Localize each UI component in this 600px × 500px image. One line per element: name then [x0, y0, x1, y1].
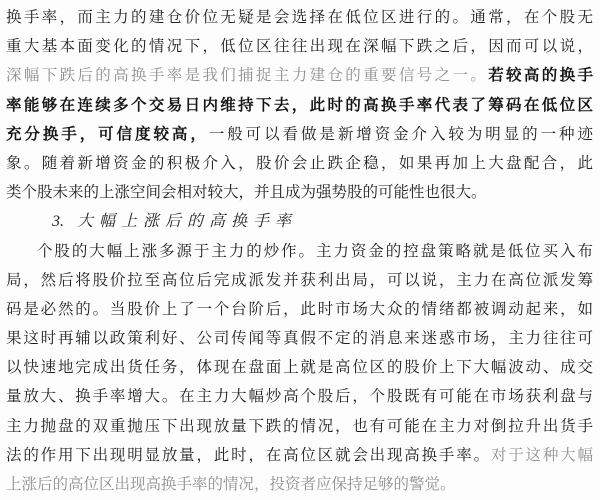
- body-text: 主力抛盘的双重抛压下出现放量下跌的情况，也有可能在主力对倒拉升出货手: [6, 418, 593, 435]
- bold-text: 充分换手，可信度较高，: [6, 126, 209, 143]
- emphasis-gray-text: 上涨后的高位区出现高换手率的情况，投资者应保持足够的警觉。: [6, 476, 456, 493]
- body-text: 局，然后将股价拉至高位后完成派发并获利出局，可以说，主力在高位派发筹: [6, 272, 593, 289]
- text-line: 率能够在连续多个交易日内维持下去，此时的高换手率代表了筹码在低位区: [6, 91, 593, 120]
- text-line: 上涨后的高位区出现高换手率的情况，投资者应保持足够的警觉。: [6, 470, 593, 499]
- text-line: 局，然后将股价拉至高位后完成派发并获利出局，可以说，主力在高位派发筹: [6, 266, 593, 295]
- text-line: 充分换手，可信度较高，一般可以看做是新增资金介入较为明显的一种迹: [6, 120, 593, 149]
- text-line: 类个股未来的上涨空间会相对较大，并且成为强势股的可能性也很大。: [6, 178, 593, 207]
- bold-text: 率能够在连续多个交易日内维持下去，此时的高换手率代表了筹码在低位区: [6, 97, 593, 114]
- heading-number: 3.: [52, 213, 64, 230]
- emphasis-gray-text: 对于这种大幅: [491, 447, 593, 464]
- text-line: 果这时再辅以政策利好、公司传闻等真假不定的消息来迷惑市场，主力往往可: [6, 324, 593, 353]
- body-text: 法的作用下出现明显放量，此时，在高位区就会出现高换手率。: [6, 447, 491, 464]
- text-line: 量放大、换手率增大。在主力大幅炒高个股后，个股既有可能在市场获利盘与: [6, 382, 593, 411]
- body-text: 码是必然的。当股价上了一个台阶后，此时市场大众的情绪都被调动起来，如: [6, 301, 593, 318]
- text-line: 重大基本面变化的情况下，低位区往往出现在深幅下跌之后，因而可以说，: [6, 32, 593, 61]
- emphasis-gray-text: 深幅下跌后的高换手率是我们捕捉主力建仓的重要信号之一。: [6, 67, 488, 84]
- body-text: 换手率，而主力的建仓价位无疑是会选择在低位区进行的。通常，在个股无: [6, 9, 593, 26]
- section-heading: 3.大幅上涨后的高换手率: [6, 207, 593, 236]
- text-line: 主力抛盘的双重抛压下出现放量下跌的情况，也有可能在主力对倒拉升出货手: [6, 412, 593, 441]
- body-text: 个股的大幅上涨多源于主力的炒作。主力资金的控盘策略就是低位买入布: [37, 243, 593, 260]
- text-line: 以快速地完成出货任务，体现在盘面上就是高位区的股价上下大幅波动、成交: [6, 353, 593, 382]
- body-text: 类个股未来的上涨空间会相对较大，并且成为强势股的可能性也很大。: [6, 184, 487, 201]
- body-text: 量放大、换手率增大。在主力大幅炒高个股后，个股既有可能在市场获利盘与: [6, 388, 593, 405]
- body-text: 一般可以看做是新增资金介入较为明显的一种迹: [209, 126, 593, 143]
- bold-text: 若较高的换手: [488, 67, 593, 84]
- text-line: 个股的大幅上涨多源于主力的炒作。主力资金的控盘策略就是低位买入布: [6, 237, 593, 266]
- body-text: 以快速地完成出货任务，体现在盘面上就是高位区的股价上下大幅波动、成交: [6, 359, 593, 376]
- text-line: 象。随着新增资金的积极介入，股价会止跌企稳，如果再加上大盘配合，此: [6, 149, 593, 178]
- text-block: 换手率，而主力的建仓价位无疑是会选择在低位区进行的。通常，在个股无 重大基本面变…: [6, 3, 593, 499]
- body-text: 果这时再辅以政策利好、公司传闻等真假不定的消息来迷惑市场，主力往往可: [6, 330, 593, 347]
- text-line: 深幅下跌后的高换手率是我们捕捉主力建仓的重要信号之一。若较高的换手: [6, 61, 593, 90]
- text-line: 码是必然的。当股价上了一个台阶后，此时市场大众的情绪都被调动起来，如: [6, 295, 593, 324]
- text-line: 换手率，而主力的建仓价位无疑是会选择在低位区进行的。通常，在个股无: [6, 3, 593, 32]
- text-line: 法的作用下出现明显放量，此时，在高位区就会出现高换手率。对于这种大幅: [6, 441, 593, 470]
- body-text: 象。随着新增资金的积极介入，股价会止跌企稳，如果再加上大盘配合，此: [6, 155, 593, 172]
- book-page: 换手率，而主力的建仓价位无疑是会选择在低位区进行的。通常，在个股无 重大基本面变…: [0, 0, 600, 500]
- heading-title: 大幅上涨后的高换手率: [77, 213, 297, 230]
- body-text: 重大基本面变化的情况下，低位区往往出现在深幅下跌之后，因而可以说，: [6, 38, 593, 55]
